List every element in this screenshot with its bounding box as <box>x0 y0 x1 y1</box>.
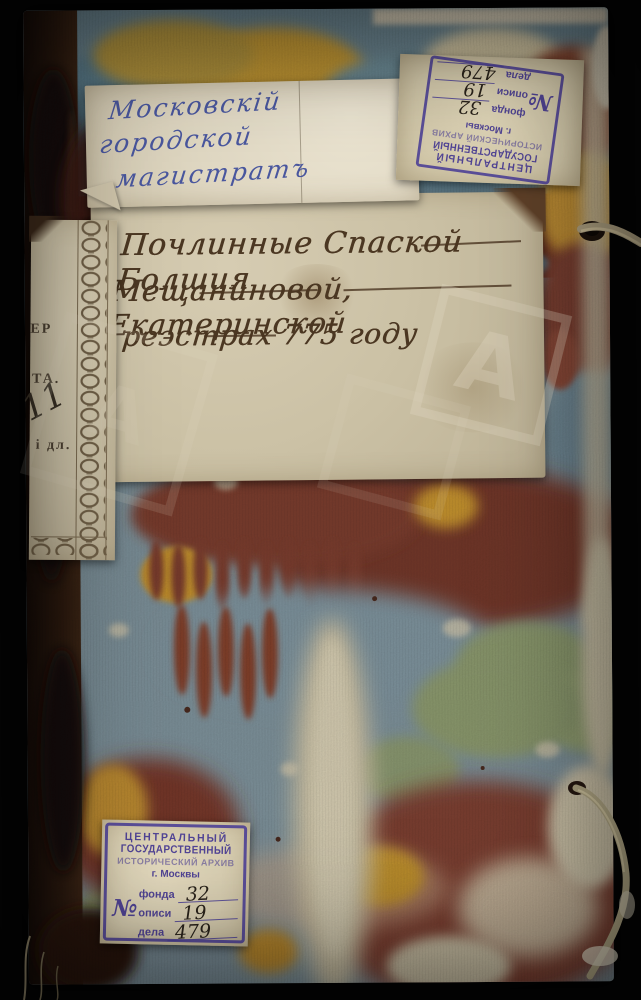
photo-background: Московскій городской магистратъ Почлинны… <box>0 0 641 1000</box>
holder-line-3: магистратъ <box>115 153 313 193</box>
title-label: Почлинные Спаской Болшия Мещаниновой, Ек… <box>91 192 546 483</box>
archive-stamp-label-inverted: ЦЕНТРАЛЬНЫЙ ГОСУДАРСТВЕННЫЙ ИСТОРИЧЕСКИЙ… <box>396 54 584 186</box>
stamp-row-label: дела <box>505 69 531 84</box>
print-fragment-1: ЕР <box>30 322 52 338</box>
stamp-row-value: 479 <box>167 923 237 941</box>
label-crease <box>299 81 303 203</box>
stain <box>412 342 533 433</box>
print-fragment-3: і дл. <box>36 438 72 454</box>
stamp-no-symbol: № <box>112 881 139 939</box>
stamp-row-label: дела <box>138 926 164 939</box>
fond-holder-label: Московскій городской магистратъ <box>85 78 420 208</box>
stamp-line-3: ИСТОРИЧЕСКИЙ АРХИВ <box>113 856 238 869</box>
torn-corner <box>29 216 69 242</box>
stamp-row-label: фонда <box>139 888 175 901</box>
holder-line-1: Московскій <box>107 86 283 125</box>
holder-line-2: городской <box>98 121 255 159</box>
stamp-row-label: описи <box>138 907 171 920</box>
archive-stamp: ЦЕНТРАЛЬНЫЙ ГОСУДАРСТВЕННЫЙ ИСТОРИЧЕСКИЙ… <box>415 55 564 185</box>
stamp-line-4: г. Москвы <box>113 868 238 882</box>
old-ornament-label: ЕР ТА. і дл. 11 <box>29 220 117 561</box>
archive-stamp-label: ЦЕНТРАЛЬНЫЙ ГОСУДАРСТВЕННЫЙ ИСТОРИЧЕСКИЙ… <box>100 819 251 946</box>
stamp-row-value: 32 <box>177 885 238 903</box>
stamp-row-value: 479 <box>436 61 503 80</box>
archive-stamp: ЦЕНТРАЛЬНЫЙ ГОСУДАРСТВЕННЫЙ ИСТОРИЧЕСКИЙ… <box>103 823 247 944</box>
stamp-line-2: ГОСУДАРСТВЕННЫЙ <box>120 843 233 857</box>
